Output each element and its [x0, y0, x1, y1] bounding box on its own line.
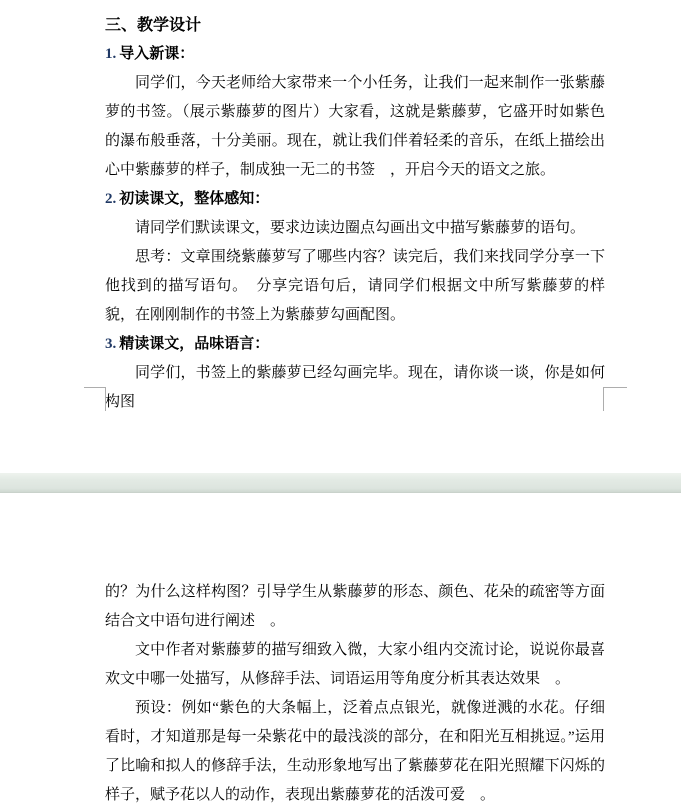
subheading-3-number: 3.	[105, 336, 119, 352]
subheading-1[interactable]: 1.导入新课：	[105, 40, 605, 69]
page-2-text-area[interactable]: 的？为什么这样构图？引导学生从紫藤萝的形态、颜色、花朵的疏密等方面结合文中语句进…	[105, 578, 605, 805]
margin-mark-page1-bottom-right	[603, 387, 627, 411]
paragraph-close-reading-continued[interactable]: 的？为什么这样构图？引导学生从紫藤萝的形态、颜色、花朵的疏密等方面结合文中语句进…	[105, 578, 605, 636]
paragraph-preset-example[interactable]: 预设：例如“紫色的大条幅上，泛着点点银光，就像迸溅的水花。仔细看时，才知道那是每…	[105, 694, 605, 805]
margin-mark-page1-bottom-left	[84, 387, 106, 411]
subheading-3[interactable]: 3.精读课文，品味语言：	[105, 330, 605, 359]
paragraph-first-reading[interactable]: 请同学们默读课文，要求边读边圈点勾画出文中描写紫藤萝的语句。	[105, 214, 605, 243]
doc-section-heading[interactable]: 三、教学设计	[105, 11, 605, 40]
subheading-2[interactable]: 2.初读课文，整体感知：	[105, 185, 605, 214]
page-break-gap	[0, 473, 681, 493]
paragraph-thinking[interactable]: 思考：文章围绕紫藤萝写了哪些内容？读完后，我们来找同学分享一下他找到的描写语句。…	[105, 243, 605, 330]
page-1-text-area[interactable]: 三、教学设计 1.导入新课： 同学们，今天老师给大家带来一个小任务，让我们一起来…	[105, 11, 605, 417]
paragraph-group-discussion[interactable]: 文中作者对紫藤萝的描写细致入微，大家小组内交流讨论，说说你最喜欢文中哪一处描写，…	[105, 636, 605, 694]
document-viewport: 三、教学设计 1.导入新课： 同学们，今天老师给大家带来一个小任务，让我们一起来…	[0, 0, 681, 805]
subheading-2-number: 2.	[105, 191, 119, 207]
document-page-2[interactable]: 的？为什么这样构图？引导学生从紫藤萝的形态、颜色、花朵的疏密等方面结合文中语句进…	[0, 493, 681, 805]
subheading-1-title: 导入新课：	[119, 46, 194, 62]
subheading-3-title: 精读课文，品味语言：	[119, 336, 269, 352]
subheading-1-number: 1.	[105, 46, 119, 62]
paragraph-close-reading-start[interactable]: 同学们，书签上的紫藤萝已经勾画完毕。现在，请你谈一谈，你是如何构图	[105, 359, 605, 417]
subheading-2-title: 初读课文，整体感知：	[119, 191, 269, 207]
paragraph-intro[interactable]: 同学们，今天老师给大家带来一个小任务，让我们一起来制作一张紫藤萝的书签。（展示紫…	[105, 69, 605, 185]
